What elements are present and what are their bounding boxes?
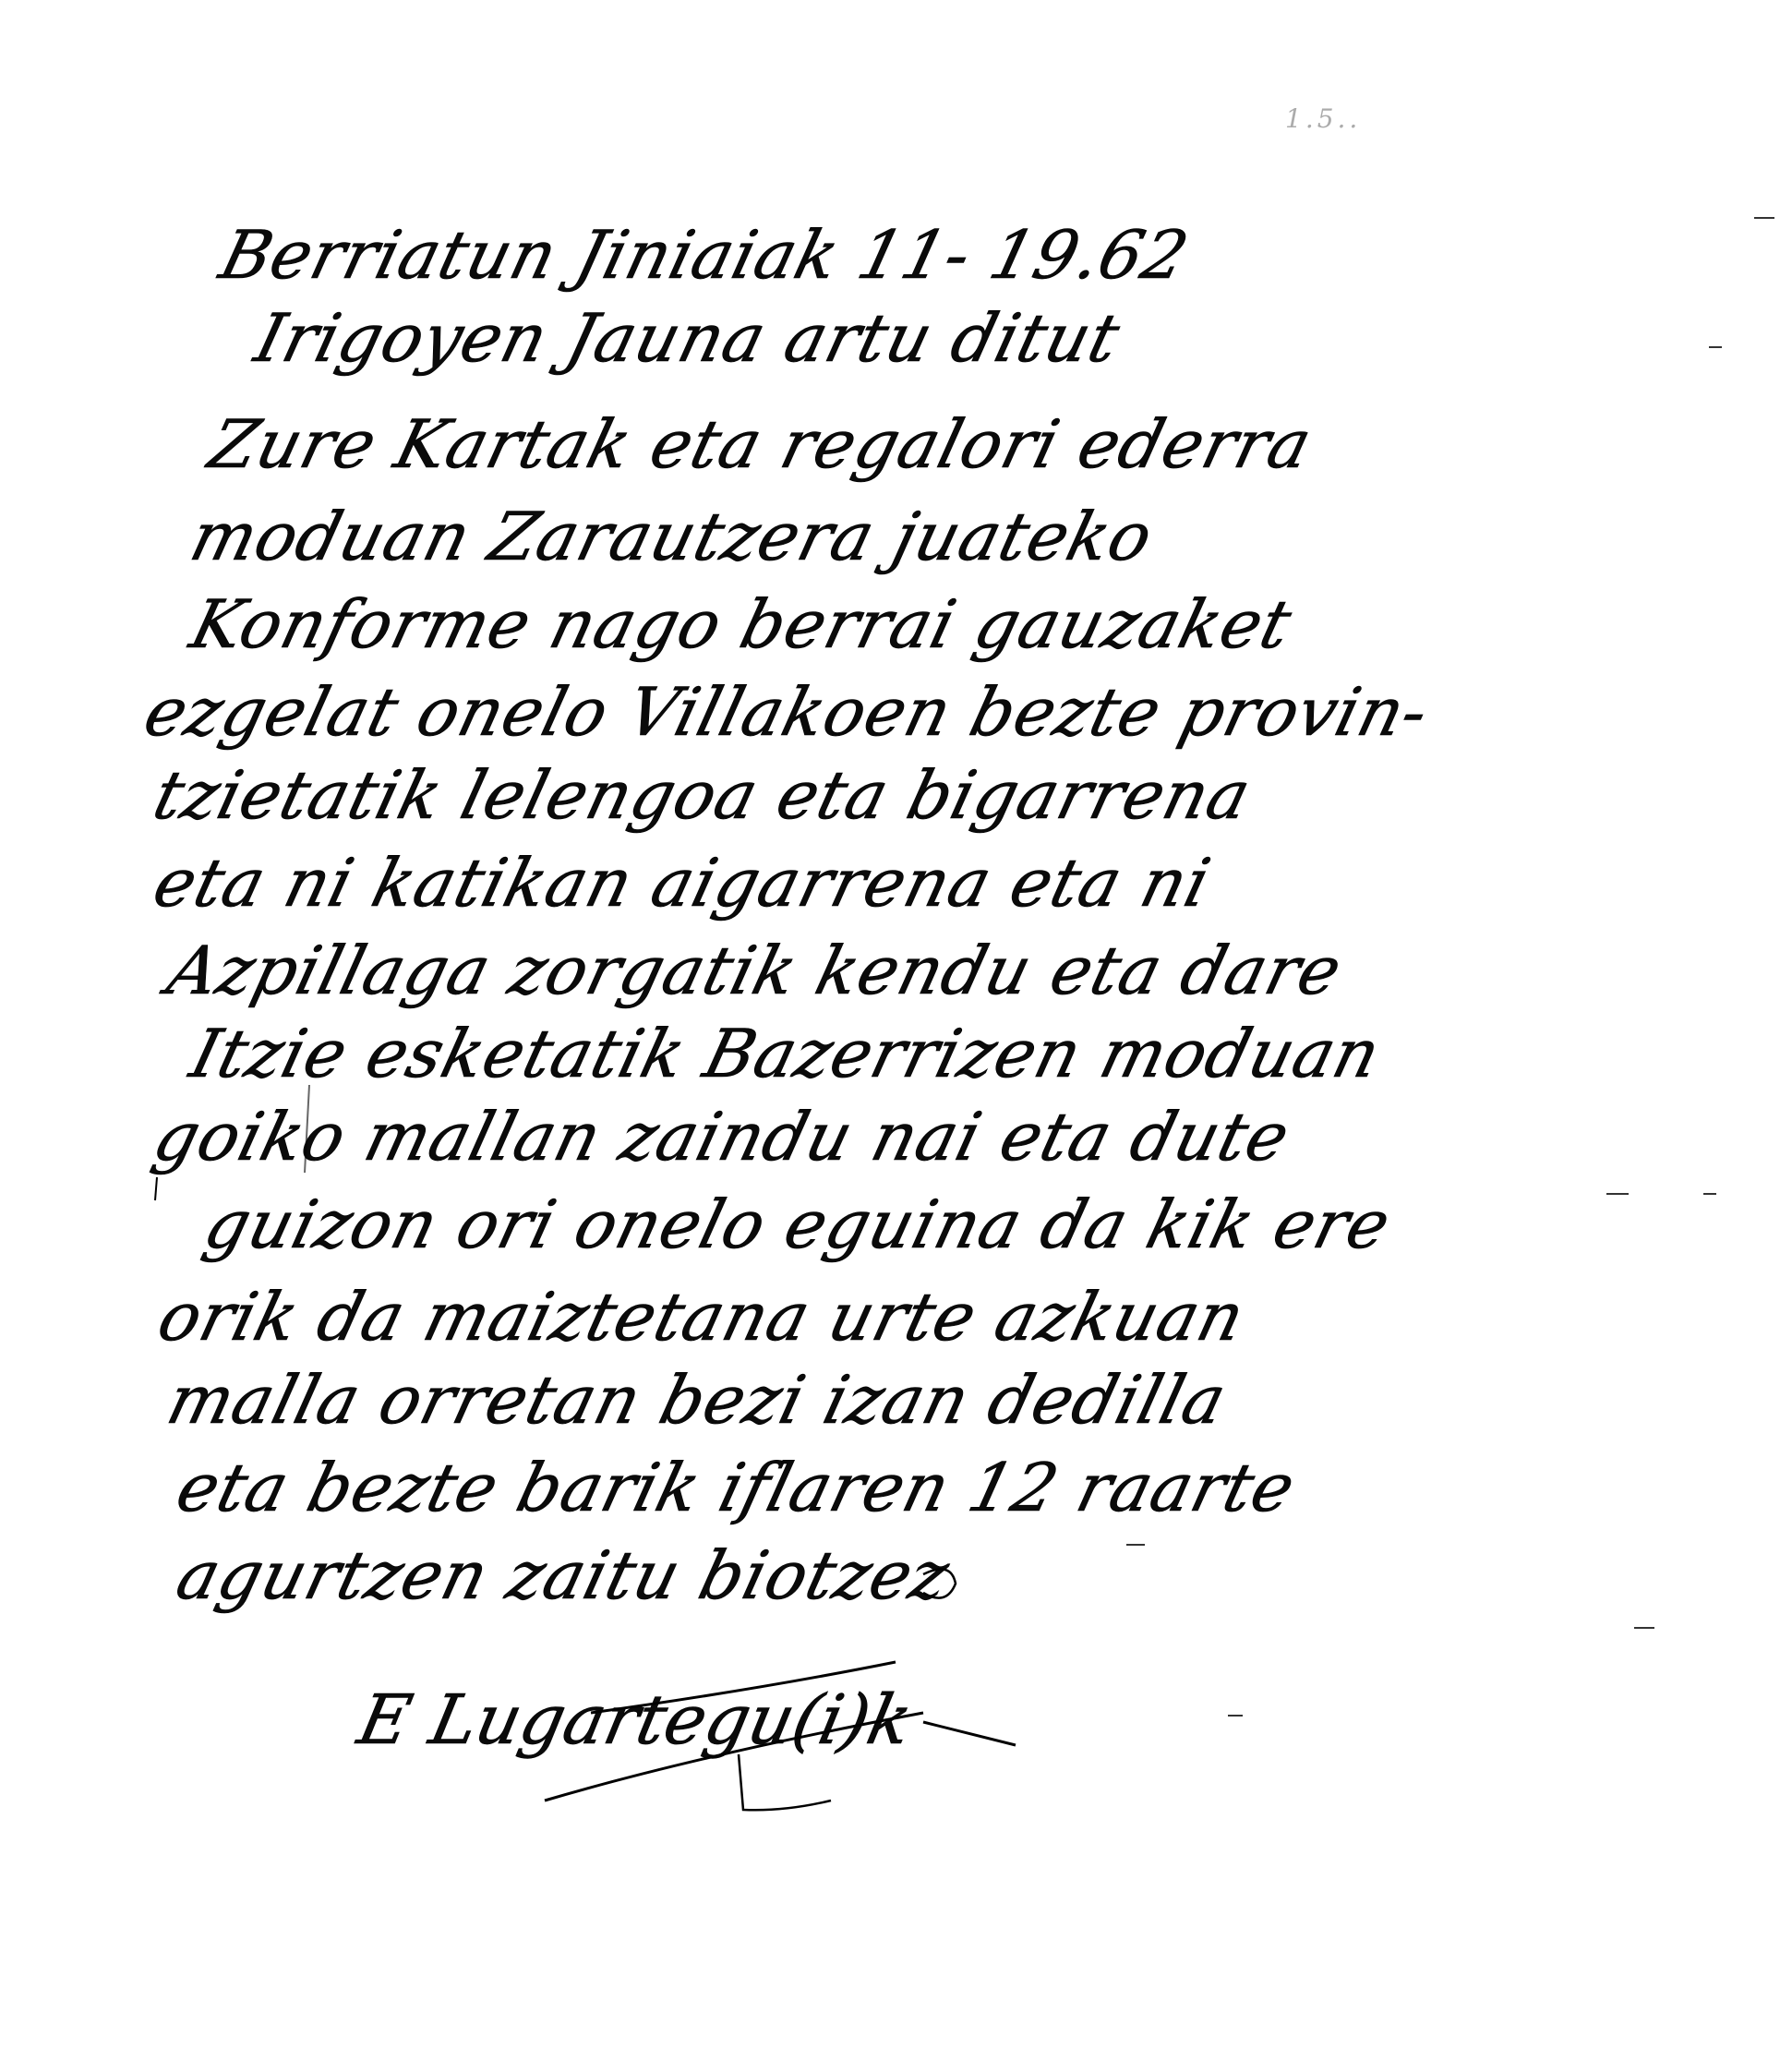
- margin-dash: [1126, 1544, 1145, 1546]
- letter-line: Irigoyen Jauna artu ditut: [249, 305, 1126, 371]
- letter-line: ezgelat onelo Villakoen bezte provin-: [138, 679, 1435, 745]
- margin-dash: [1228, 1715, 1243, 1717]
- letter-line: Azpillaga zorgatik kendu eta dare: [162, 937, 1348, 1004]
- letter-line: Itzie esketatik Bazerrizen moduan: [185, 1020, 1387, 1087]
- letter-line: goiko mallan zaindu nai eta dute: [148, 1103, 1296, 1170]
- letter-line: orik da maiztetana urte azkuan: [152, 1283, 1251, 1350]
- archive-corner-mark: 1.5..: [1285, 103, 1361, 134]
- letter-line-closing: agurtzen zaitu biotzez: [171, 1542, 956, 1608]
- letter-line: eta ni katikan aigarrena eta ni: [148, 849, 1217, 916]
- scanned-letter-page: 1.5.. Berriatun Jiniaiak 11- 19.62 Irigo…: [0, 0, 1780, 2072]
- letter-line: Konforme nago berrai gauzaket: [185, 591, 1298, 657]
- letter-line: Zure Kartak eta regalori ederra: [203, 411, 1318, 477]
- signature: E Lugartegu(i)k: [352, 1680, 919, 1760]
- letter-line: moduan Zarautzera juateko: [185, 503, 1160, 570]
- letter-line-date: Berriatun Jiniaiak 11- 19.62: [214, 222, 1195, 288]
- margin-dash: [1634, 1627, 1654, 1629]
- letter-line: tzietatik lelengoa eta bigarrena: [148, 762, 1257, 828]
- letter-line: malla orretan bezi izan dedilla: [162, 1367, 1233, 1433]
- margin-dash: [1606, 1193, 1629, 1195]
- letter-line: eta bezte barik iflaren 12 raarte: [171, 1454, 1302, 1521]
- margin-dash: [1754, 217, 1774, 219]
- margin-dash: [1709, 346, 1722, 348]
- margin-dash: [1703, 1193, 1716, 1195]
- letter-line: guizon ori onelo eguina da kik ere: [198, 1191, 1397, 1258]
